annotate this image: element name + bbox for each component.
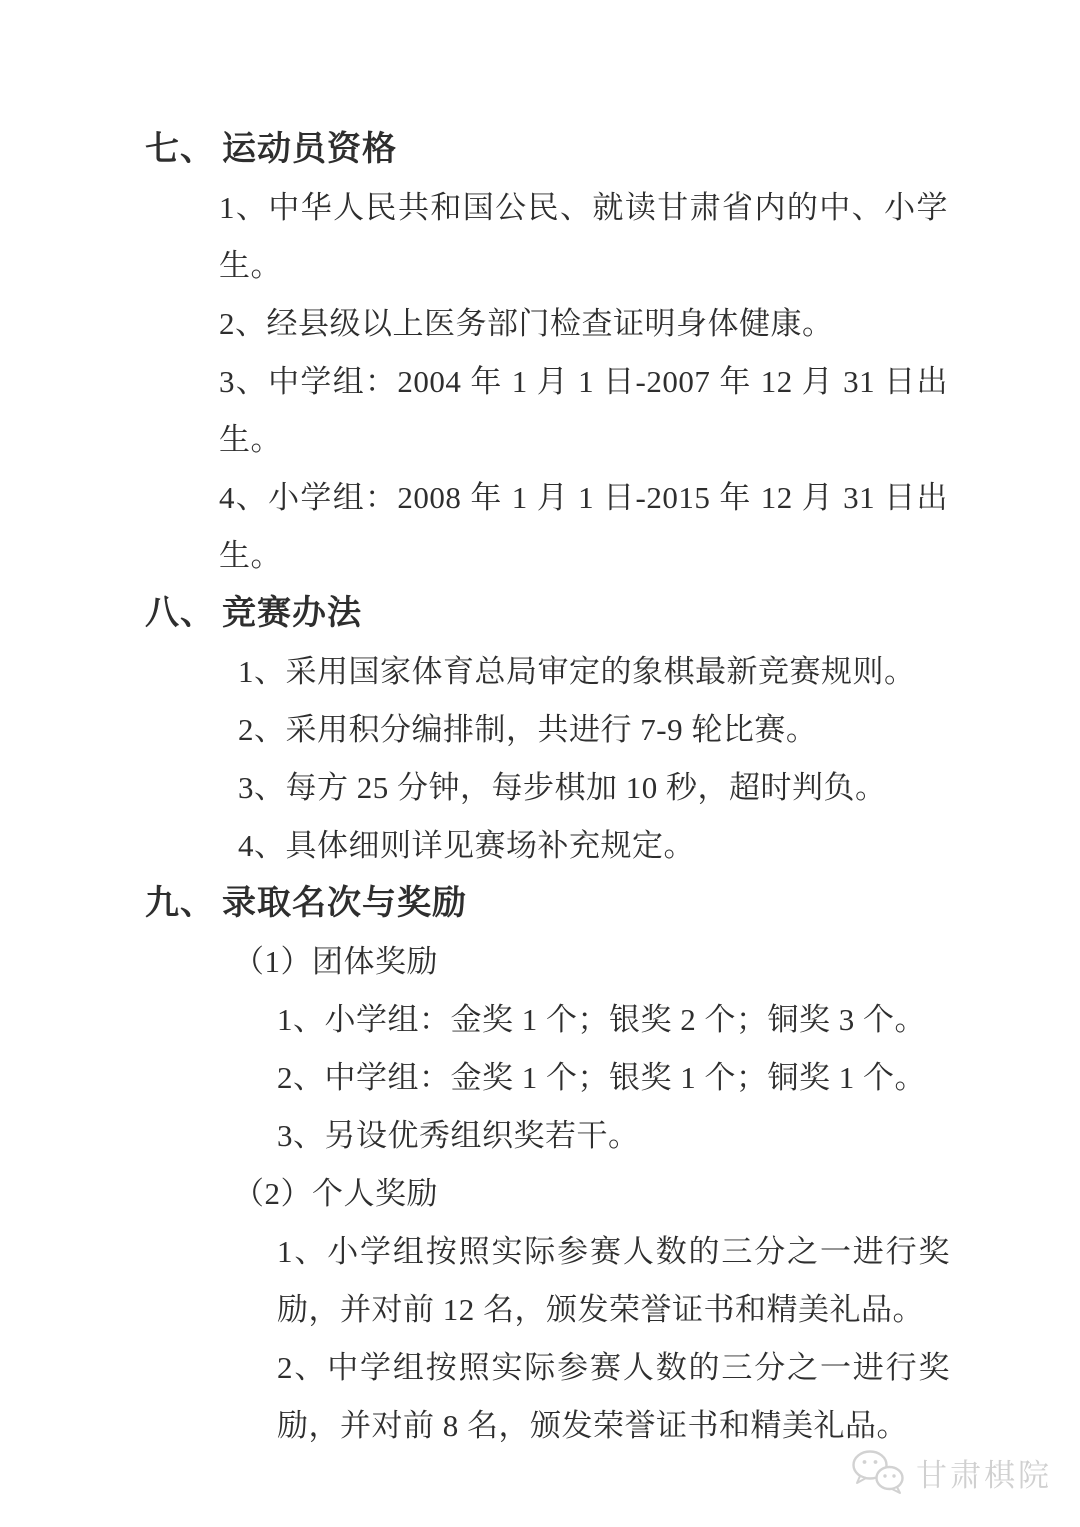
section-number: 八、: [145, 585, 222, 643]
paragraph: 3、中学组：2004 年 1 月 1 日-2007 年 12 月 31 日出生。: [219, 353, 948, 469]
document-body: 七、运动员资格 1、中华人民共和国公民、就读甘肃省内的中、小学生。 2、经县级以…: [0, 121, 1080, 1455]
paragraph: 4、小学组：2008 年 1 月 1 日-2015 年 12 月 31 日出生。: [219, 469, 948, 585]
section-title: 录取名次与奖励: [222, 885, 467, 922]
paragraph: 2、经县级以上医务部门检查证明身体健康。: [219, 295, 948, 353]
paragraph: 3、另设优秀组织奖若干。: [277, 1107, 950, 1165]
watermark-text: 甘肃棋院: [916, 1450, 1052, 1495]
section-heading-8: 八、竞赛办法: [145, 585, 1080, 643]
paragraph: 1、小学组：金奖 1 个；银奖 2 个；铜奖 3 个。: [277, 991, 950, 1049]
section-heading-9: 九、录取名次与奖励: [145, 875, 1080, 933]
paragraph: 1、小学组按照实际参赛人数的三分之一进行奖励，并对前 12 名，颁发荣誉证书和精…: [277, 1223, 950, 1339]
subsection-label: （2）个人奖励: [233, 1165, 948, 1223]
section-heading-7: 七、运动员资格: [145, 121, 1080, 179]
paragraph: 1、中华人民共和国公民、就读甘肃省内的中、小学生。: [219, 179, 948, 295]
paragraph: 2、采用积分编排制，共进行 7-9 轮比赛。: [238, 701, 938, 759]
section-number: 九、: [145, 875, 222, 933]
subsection-label: （1）团体奖励: [233, 933, 948, 991]
section-title: 竞赛办法: [222, 595, 362, 632]
paragraph: 3、每方 25 分钟，每步棋加 10 秒，超时判负。: [238, 759, 938, 817]
wechat-icon: [850, 1448, 906, 1496]
section-number: 七、: [145, 121, 222, 179]
paragraph: 1、采用国家体育总局审定的象棋最新竞赛规则。: [238, 643, 938, 701]
paragraph: 4、具体细则详见赛场补充规定。: [238, 817, 938, 875]
paragraph: 2、中学组：金奖 1 个；银奖 1 个；铜奖 1 个。: [277, 1049, 950, 1107]
section-title: 运动员资格: [222, 131, 397, 168]
watermark: 甘肃棋院: [850, 1448, 1052, 1496]
paragraph: 2、中学组按照实际参赛人数的三分之一进行奖励，并对前 8 名，颁发荣誉证书和精美…: [277, 1339, 950, 1455]
